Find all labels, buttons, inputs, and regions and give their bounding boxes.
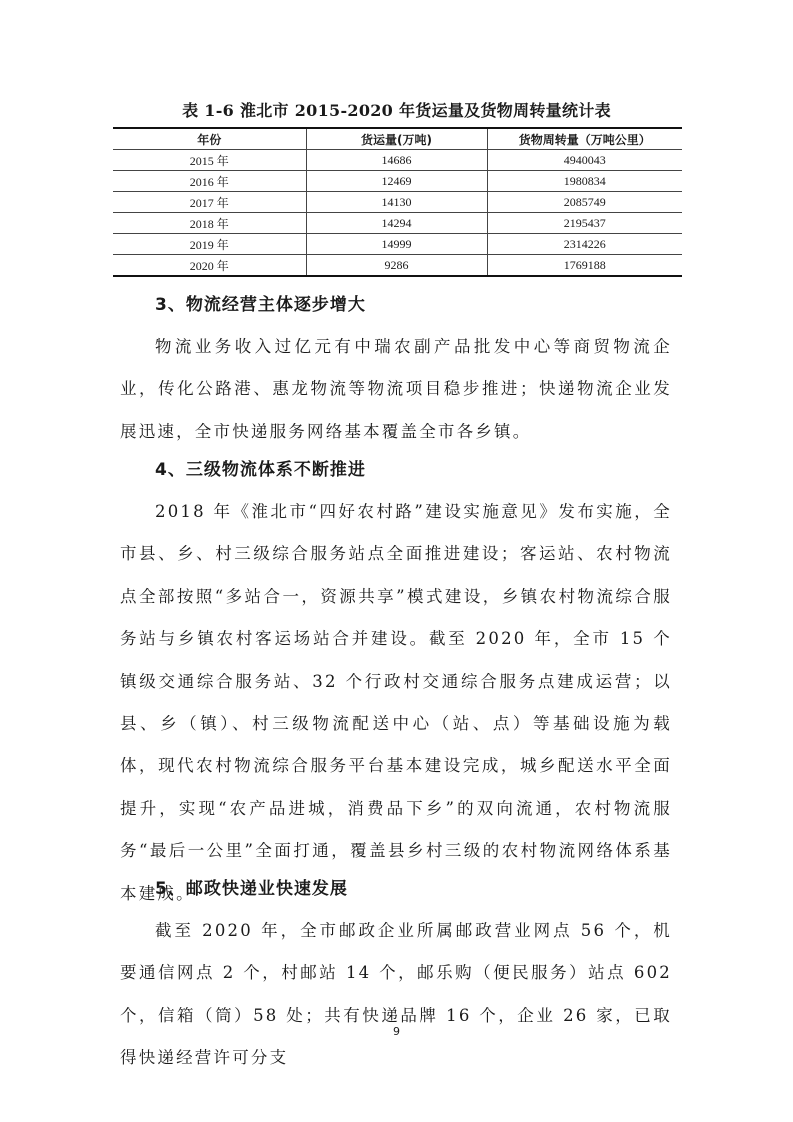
- section-heading-5: 5、邮政快递业快速发展: [155, 874, 348, 899]
- cell-turnover: 4940043: [487, 150, 682, 171]
- cell-volume: 14130: [306, 192, 487, 213]
- cell-year: 2016 年: [113, 171, 306, 192]
- table-row: 2018 年 14294 2195437: [113, 213, 682, 234]
- section-body-5: 截至 2020 年，全市邮政企业所属邮政营业网点 56 个，机要通信网点 2 个…: [120, 910, 672, 1080]
- section-heading-3: 3、物流经营主体逐步增大: [155, 290, 366, 315]
- freight-statistics-table: 年份 货运量(万吨) 货物周转量（万吨公里） 2015 年 14686 4940…: [113, 127, 682, 277]
- cell-volume: 14686: [306, 150, 487, 171]
- header-freight-turnover: 货物周转量（万吨公里）: [487, 128, 682, 150]
- page-number: 9: [0, 1025, 793, 1038]
- table-row: 2015 年 14686 4940043: [113, 150, 682, 171]
- header-freight-volume: 货运量(万吨): [306, 128, 487, 150]
- cell-turnover: 2085749: [487, 192, 682, 213]
- cell-volume: 14294: [306, 213, 487, 234]
- table-row: 2019 年 14999 2314226: [113, 234, 682, 255]
- cell-year: 2015 年: [113, 150, 306, 171]
- cell-volume: 9286: [306, 255, 487, 277]
- header-year: 年份: [113, 128, 306, 150]
- section-body-4: 2018 年《淮北市“四好农村路”建设实施意见》发布实施，全市县、乡、村三级综合…: [120, 491, 672, 915]
- table-row: 2016 年 12469 1980834: [113, 171, 682, 192]
- table-caption: 表 1-6 淮北市 2015-2020 年货运量及货物周转量统计表: [0, 98, 793, 121]
- table-row: 2020 年 9286 1769188: [113, 255, 682, 277]
- table-row: 2017 年 14130 2085749: [113, 192, 682, 213]
- cell-year: 2020 年: [113, 255, 306, 277]
- cell-year: 2017 年: [113, 192, 306, 213]
- cell-volume: 12469: [306, 171, 487, 192]
- cell-turnover: 1980834: [487, 171, 682, 192]
- table-header-row: 年份 货运量(万吨) 货物周转量（万吨公里）: [113, 128, 682, 150]
- cell-turnover: 2314226: [487, 234, 682, 255]
- section-body-3: 物流业务收入过亿元有中瑞农副产品批发中心等商贸物流企业，传化公路港、惠龙物流等物…: [120, 326, 672, 453]
- cell-volume: 14999: [306, 234, 487, 255]
- section-heading-4: 4、三级物流体系不断推进: [155, 455, 366, 480]
- cell-year: 2018 年: [113, 213, 306, 234]
- cell-turnover: 2195437: [487, 213, 682, 234]
- cell-year: 2019 年: [113, 234, 306, 255]
- cell-turnover: 1769188: [487, 255, 682, 277]
